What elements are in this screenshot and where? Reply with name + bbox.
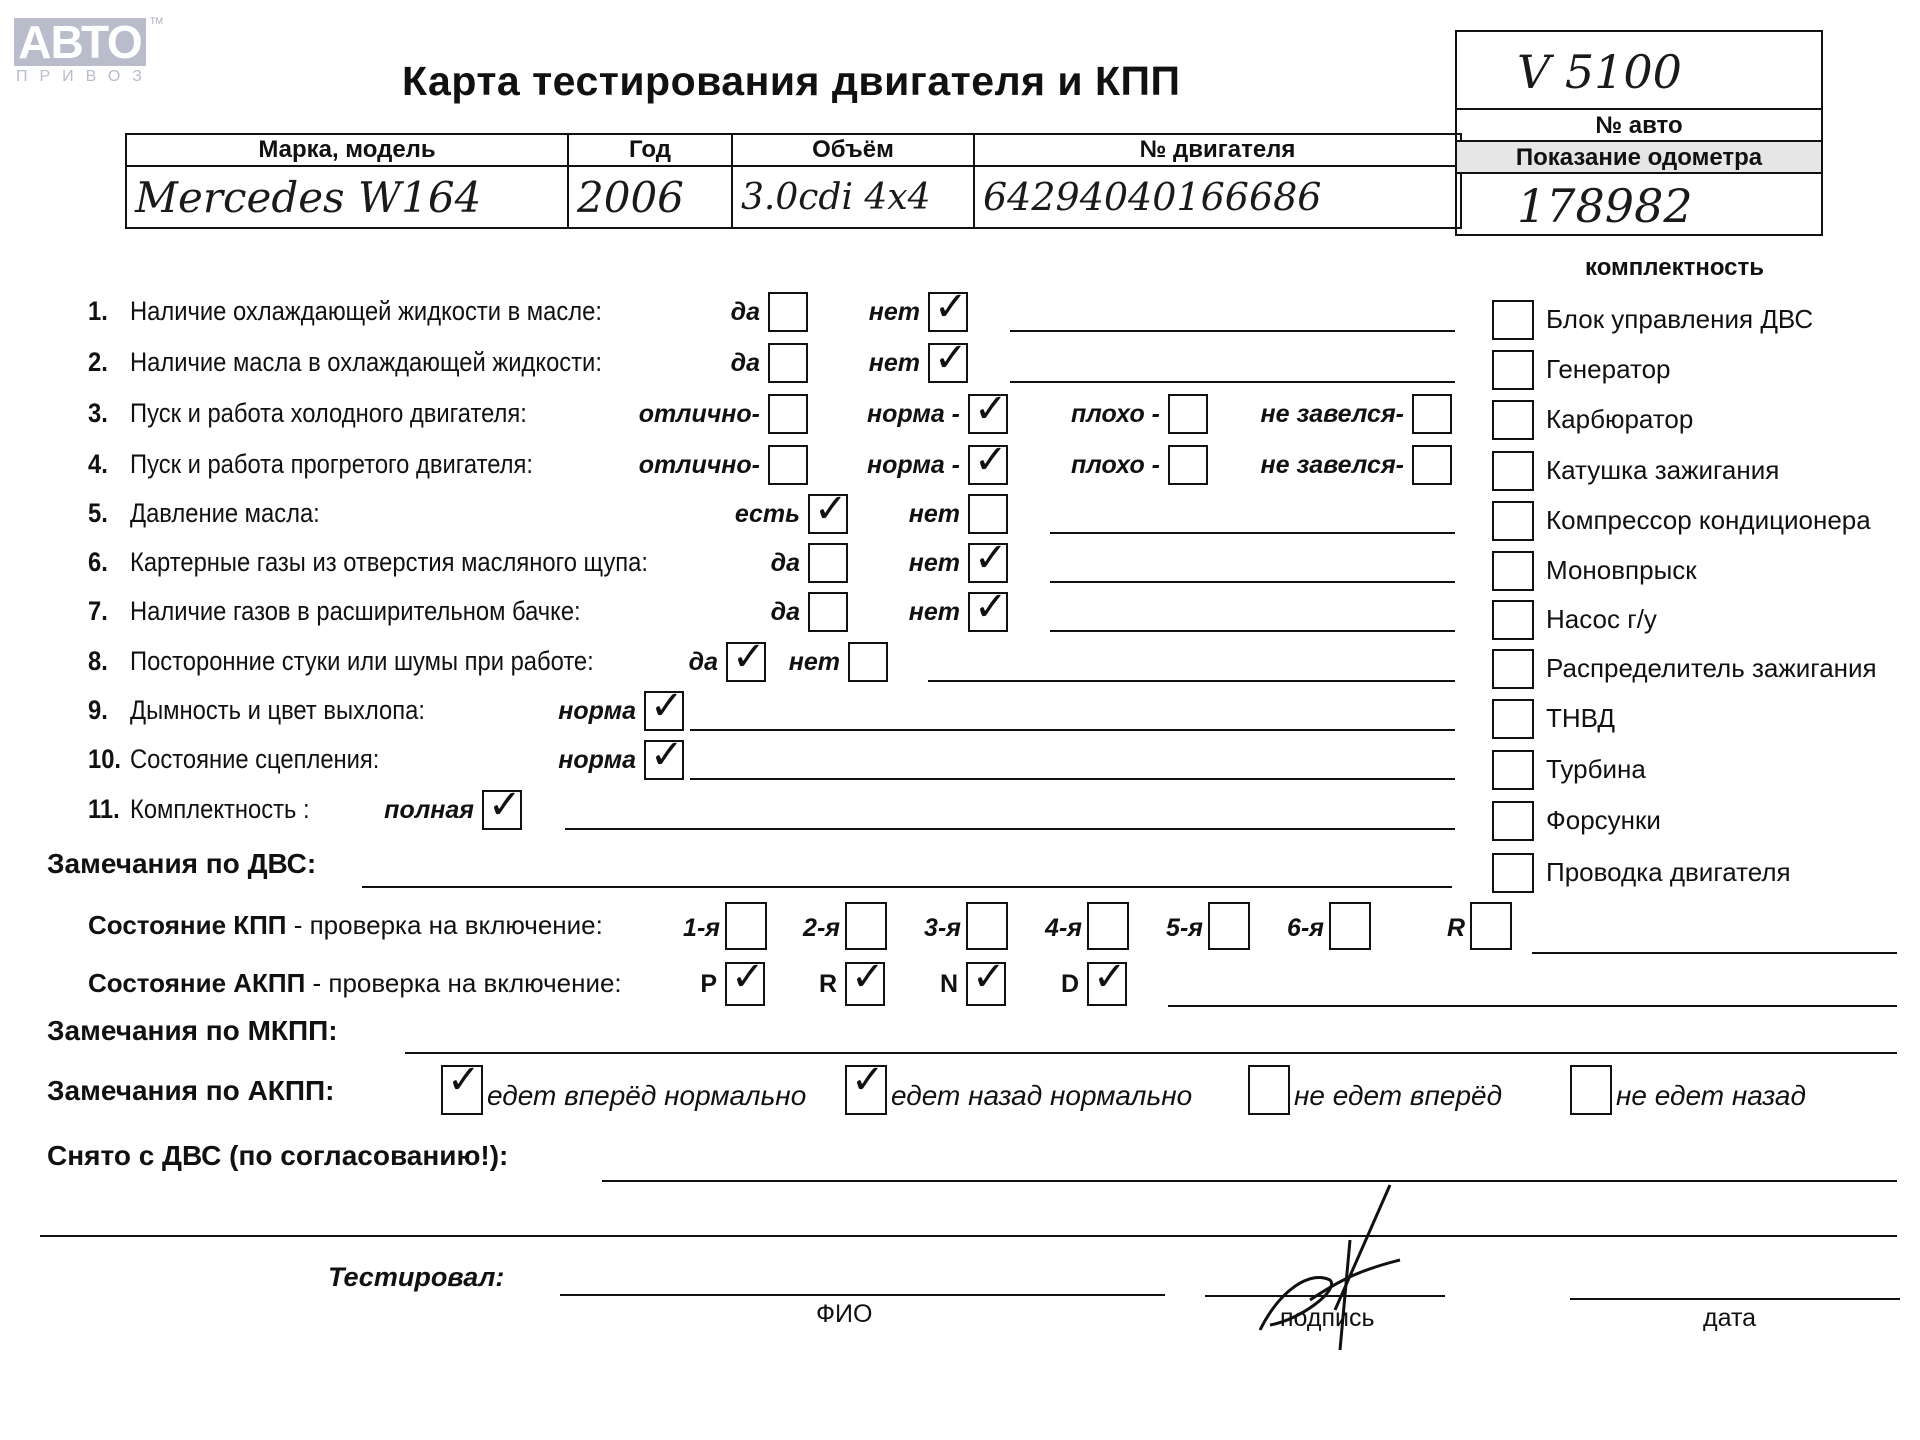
question-number: 2. xyxy=(88,347,108,378)
engine-number-field[interactable]: 64294040166686 xyxy=(974,166,1461,228)
manual-gearbox-label-rest: - проверка на включение: xyxy=(287,910,603,940)
option-checkbox[interactable]: ✓ xyxy=(968,543,1008,583)
checkmark-icon: ✓ xyxy=(731,954,765,1000)
question-note-line[interactable] xyxy=(1050,581,1455,583)
logo-subtitle: ПРИВОЗ xyxy=(16,68,154,86)
question-note-line[interactable] xyxy=(1010,330,1455,332)
option-checkbox[interactable]: ✓ xyxy=(644,740,684,780)
auto-position-checkbox[interactable]: ✓ xyxy=(845,962,885,1006)
option-checkbox[interactable] xyxy=(968,494,1008,534)
gear-checkbox[interactable] xyxy=(845,902,887,950)
checkmark-icon: ✓ xyxy=(974,535,1008,581)
gear-label: 4-я xyxy=(1027,914,1082,943)
signature-scribble-icon xyxy=(1240,1180,1420,1360)
vehicle-info-table: Марка, модель Год Объём № двигателя Merc… xyxy=(125,133,1462,229)
auto-remark-checkbox[interactable]: ✓ xyxy=(845,1065,887,1115)
gear-checkbox[interactable] xyxy=(1208,902,1250,950)
gear-checkbox[interactable] xyxy=(1470,902,1512,950)
question-note-line[interactable] xyxy=(690,778,1455,780)
manual-gearbox-label-bold: Состояние КПП xyxy=(88,910,287,940)
auto-gearbox-line[interactable] xyxy=(1168,1005,1897,1007)
option-label: нет xyxy=(650,598,960,627)
auto-position-label: P xyxy=(685,970,717,999)
completeness-item-label: Компрессор кондиционера xyxy=(1546,505,1871,536)
auto-position-label: N xyxy=(926,970,958,999)
name-caption: ФИО xyxy=(816,1300,872,1329)
completeness-item-label: Форсунки xyxy=(1546,805,1661,836)
remarks-engine-label: Замечания по ДВС: xyxy=(47,848,316,880)
auto-position-label: D xyxy=(1047,970,1079,999)
option-checkbox[interactable]: ✓ xyxy=(928,343,968,383)
logo-trademark: TM xyxy=(150,16,163,26)
completeness-checkbox[interactable] xyxy=(1492,600,1534,640)
option-label: не завелся- xyxy=(1030,451,1404,480)
checkmark-icon: ✓ xyxy=(1093,954,1127,1000)
option-checkbox[interactable]: ✓ xyxy=(644,691,684,731)
completeness-checkbox[interactable] xyxy=(1492,501,1534,541)
question-number: 5. xyxy=(88,498,108,529)
gear-label: 6-я xyxy=(1269,914,1324,943)
auto-remark-checkbox[interactable]: ✓ xyxy=(441,1065,483,1115)
question-text: Давление масла: xyxy=(130,498,320,529)
completeness-item-label: Распределитель зажигания xyxy=(1546,653,1877,684)
odometer-label: Показание одометра xyxy=(1457,142,1821,174)
option-checkbox[interactable]: ✓ xyxy=(968,592,1008,632)
remarks-engine-line[interactable] xyxy=(362,886,1452,888)
question-number: 8. xyxy=(88,646,108,677)
volume-field[interactable]: 3.0cdi 4x4 xyxy=(732,166,974,228)
auto-gearbox-label-bold: Состояние АКПП xyxy=(88,968,305,998)
odometer-field[interactable]: 178982 xyxy=(1457,174,1821,234)
gear-label: 3-я xyxy=(906,914,961,943)
logo: АВТО xyxy=(14,18,146,66)
question-number: 7. xyxy=(88,596,108,627)
option-label: норма xyxy=(340,697,636,726)
gear-label: 2-я xyxy=(785,914,840,943)
completeness-item-label: Генератор xyxy=(1546,354,1671,385)
option-label: полная xyxy=(180,796,474,825)
completeness-item-label: Моновпрыск xyxy=(1546,555,1697,586)
checkmark-icon: ✓ xyxy=(934,335,968,381)
auto-remark-checkbox[interactable] xyxy=(1570,1065,1612,1115)
completeness-item-label: Катушка зажигания xyxy=(1546,455,1779,486)
checkmark-icon: ✓ xyxy=(851,954,885,1000)
completeness-item-label: ТНВД xyxy=(1546,703,1615,734)
question-number: 4. xyxy=(88,449,108,480)
make-model-field[interactable]: Mercedes W164 xyxy=(126,166,568,228)
question-number: 6. xyxy=(88,547,108,578)
question-note-line[interactable] xyxy=(1050,630,1455,632)
auto-position-checkbox[interactable]: ✓ xyxy=(966,962,1006,1006)
option-label: не завелся- xyxy=(1030,400,1404,429)
date-caption: дата xyxy=(1703,1304,1756,1333)
option-checkbox[interactable]: ✓ xyxy=(928,292,968,332)
checkmark-icon: ✓ xyxy=(851,1057,885,1103)
gear-checkbox[interactable] xyxy=(966,902,1008,950)
gear-checkbox[interactable] xyxy=(1087,902,1129,950)
manual-gearbox-line[interactable] xyxy=(1532,952,1897,954)
auto-position-checkbox[interactable]: ✓ xyxy=(725,962,765,1006)
manual-gearbox-label: Состояние КПП - проверка на включение: xyxy=(88,910,603,941)
completeness-checkbox[interactable] xyxy=(1492,400,1534,440)
completeness-title: комплектность xyxy=(1585,254,1764,282)
tested-by-label: Тестировал: xyxy=(328,1262,504,1293)
question-note-line[interactable] xyxy=(565,828,1455,830)
auto-remark-label: не едет вперёд xyxy=(1294,1080,1502,1112)
gear-label: 5-я xyxy=(1148,914,1203,943)
completeness-checkbox[interactable] xyxy=(1492,300,1534,340)
question-note-line[interactable] xyxy=(1010,381,1455,383)
date-line[interactable] xyxy=(1570,1298,1900,1300)
header-year: Год xyxy=(568,134,732,166)
auto-remark-label: едет вперёд нормально xyxy=(487,1080,806,1112)
checkmark-icon: ✓ xyxy=(650,732,684,778)
completeness-item-label: Проводка двигателя xyxy=(1546,857,1791,888)
completeness-checkbox[interactable] xyxy=(1492,801,1534,841)
option-checkbox[interactable] xyxy=(1412,445,1452,485)
removed-label: Снято с ДВС (по согласованию!): xyxy=(47,1140,508,1172)
removed-line-2[interactable] xyxy=(40,1235,1897,1237)
question-number: 1. xyxy=(88,296,108,327)
gear-checkbox[interactable] xyxy=(1329,902,1371,950)
question-number: 10. xyxy=(88,744,121,775)
gear-checkbox[interactable] xyxy=(725,902,767,950)
auto-gearbox-label: Состояние АКПП - проверка на включение: xyxy=(88,968,622,999)
option-label: нет xyxy=(650,500,960,529)
question-number: 11. xyxy=(88,794,120,825)
remarks-manual-label: Замечания по МКПП: xyxy=(47,1015,338,1047)
option-checkbox[interactable] xyxy=(1412,394,1452,434)
auto-number-box: V 5100 № авто Показание одометра 178982 xyxy=(1455,30,1823,236)
auto-remark-checkbox[interactable] xyxy=(1248,1065,1290,1115)
checkmark-icon: ✓ xyxy=(447,1057,481,1103)
completeness-item-label: Карбюратор xyxy=(1546,404,1693,435)
completeness-checkbox[interactable] xyxy=(1492,451,1534,491)
page-title: Карта тестирования двигателя и КПП xyxy=(402,58,1180,105)
option-checkbox[interactable] xyxy=(848,642,888,682)
option-label: нет xyxy=(615,349,920,378)
auto-remark-label: не едет назад xyxy=(1616,1080,1806,1112)
completeness-checkbox[interactable] xyxy=(1492,750,1534,790)
name-line[interactable] xyxy=(560,1294,1165,1296)
gear-label: 1-я xyxy=(665,914,720,943)
completeness-checkbox[interactable] xyxy=(1492,853,1534,893)
header-make-model: Марка, модель xyxy=(126,134,568,166)
completeness-item-label: Турбина xyxy=(1546,754,1646,785)
checkmark-icon: ✓ xyxy=(972,954,1006,1000)
header-engine-number: № двигателя xyxy=(974,134,1461,166)
option-label: норма xyxy=(340,746,636,775)
option-label: нет xyxy=(615,298,920,327)
question-note-line[interactable] xyxy=(928,680,1455,682)
option-checkbox[interactable]: ✓ xyxy=(482,790,522,830)
completeness-checkbox[interactable] xyxy=(1492,350,1534,390)
checkmark-icon: ✓ xyxy=(974,584,1008,630)
auto-gearbox-label-rest: - проверка на включение: xyxy=(305,968,621,998)
checkmark-icon: ✓ xyxy=(488,782,522,828)
year-field[interactable]: 2006 xyxy=(568,166,732,228)
gear-label: R xyxy=(1410,914,1465,943)
completeness-checkbox[interactable] xyxy=(1492,699,1534,739)
option-label: нет xyxy=(650,549,960,578)
auto-position-checkbox[interactable]: ✓ xyxy=(1087,962,1127,1006)
completeness-item-label: Блок управления ДВС xyxy=(1546,304,1813,335)
checkmark-icon: ✓ xyxy=(650,683,684,729)
question-number: 3. xyxy=(88,398,108,429)
completeness-item-label: Насос г/у xyxy=(1546,604,1657,635)
auto-number-label: № авто xyxy=(1457,110,1821,142)
auto-position-label: R xyxy=(805,970,837,999)
question-note-line[interactable] xyxy=(690,729,1455,731)
completeness-checkbox[interactable] xyxy=(1492,551,1534,591)
question-number: 9. xyxy=(88,695,108,726)
checkmark-icon: ✓ xyxy=(934,284,968,330)
auto-number-field[interactable]: V 5100 xyxy=(1457,32,1821,110)
header-volume: Объём xyxy=(732,134,974,166)
auto-remark-label: едет назад нормально xyxy=(891,1080,1192,1112)
option-label: нет xyxy=(540,648,840,677)
remarks-auto-label: Замечания по АКПП: xyxy=(47,1075,334,1107)
completeness-checkbox[interactable] xyxy=(1492,649,1534,689)
remarks-manual-line[interactable] xyxy=(405,1052,1897,1054)
question-note-line[interactable] xyxy=(1050,532,1455,534)
